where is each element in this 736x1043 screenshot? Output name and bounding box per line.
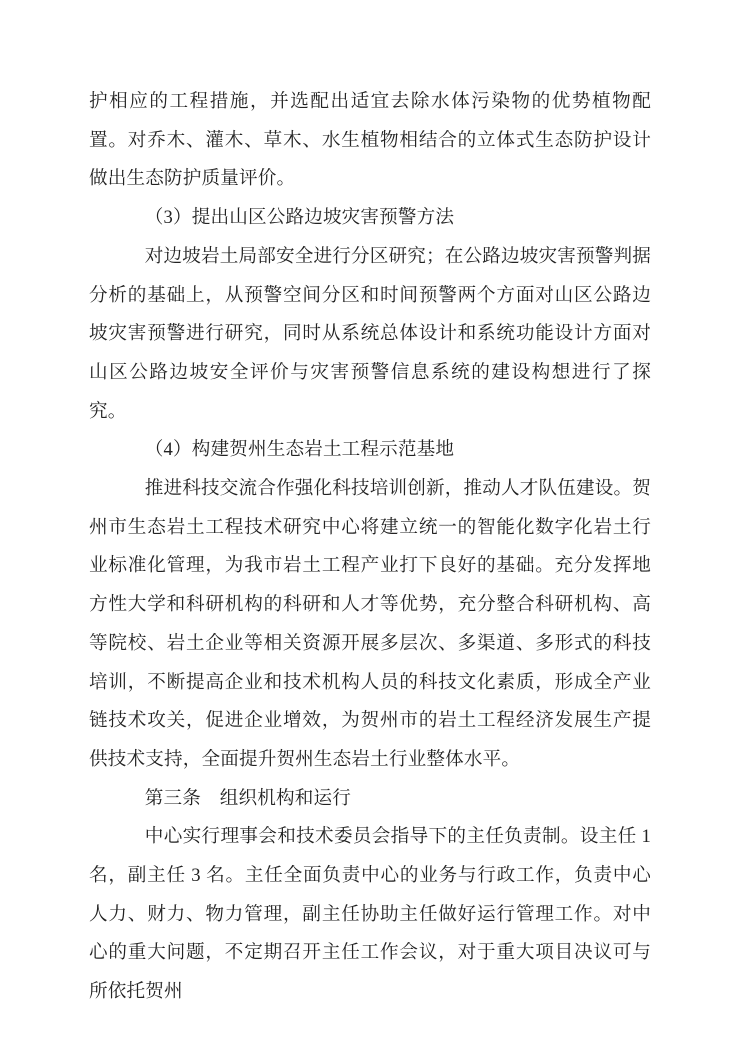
paragraph: 对边坡岩土局部安全进行分区研究；在公路边坡灾害预警判据分析的基础上，从预警空间分… — [89, 238, 651, 432]
paragraph: （4）构建贺州生态岩土工程示范基地 — [89, 431, 651, 470]
paragraph: 中心实行理事会和技术委员会指导下的主任负责制。设主任 1 名，副主任 3 名。主… — [89, 818, 651, 1012]
paragraph: 护相应的工程措施，并选配出适宜去除水体污染物的优势植物配置。对乔木、灌木、草木、… — [89, 83, 651, 199]
document-page: 护相应的工程措施，并选配出适宜去除水体污染物的优势植物配置。对乔木、灌木、草木、… — [0, 0, 736, 1043]
paragraph: （3）提出山区公路边坡灾害预警方法 — [89, 199, 651, 238]
paragraph: 第三条 组织机构和运行 — [89, 780, 651, 819]
document-body: 护相应的工程措施，并选配出适宜去除水体污染物的优势植物配置。对乔木、灌木、草木、… — [89, 83, 651, 1012]
paragraph: 推进科技交流合作强化科技培训创新，推动人才队伍建设。贺州市生态岩土工程技术研究中… — [89, 470, 651, 780]
